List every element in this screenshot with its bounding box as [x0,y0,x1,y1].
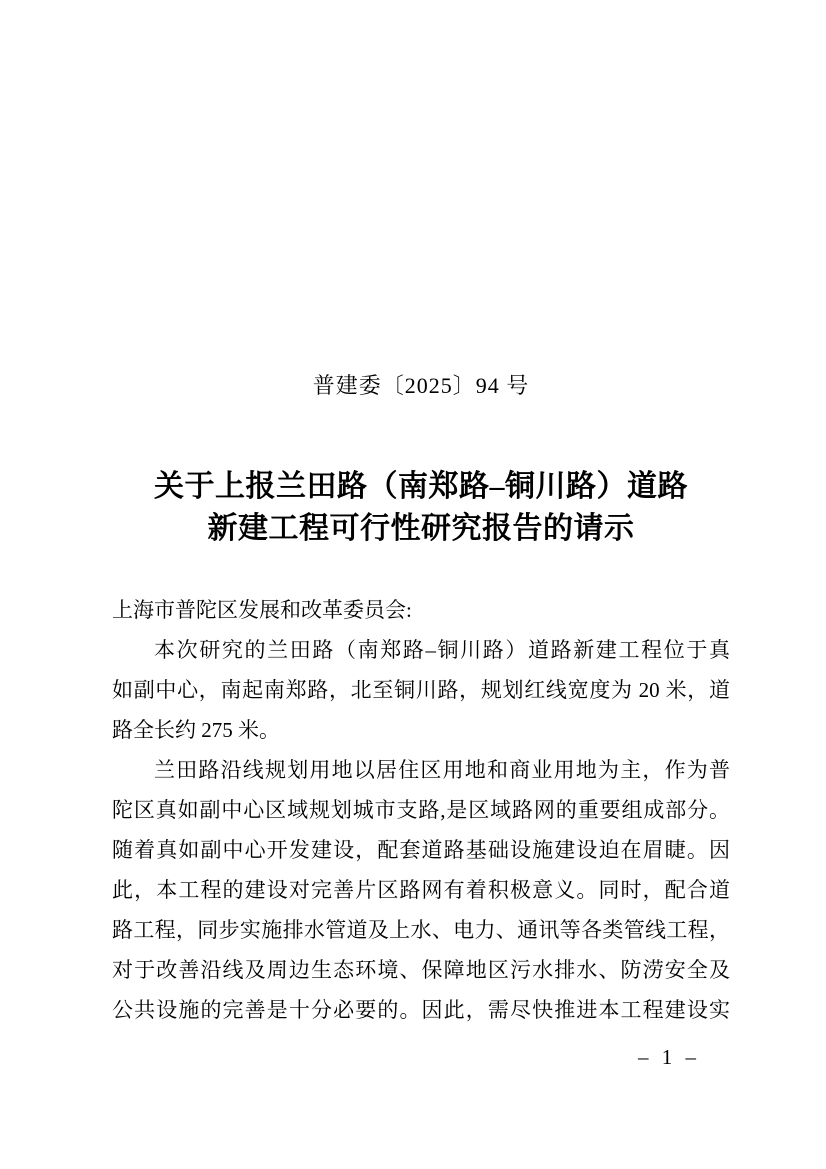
addressee-line: 上海市普陀区发展和改革委员会: [112,590,730,630]
body-line: 本次研究的兰田路（南郑路–铜川路）道路新建工程位于真 [112,630,730,670]
body-line: 公共设施的完善是十分必要的。因此，需尽快推进本工程建设实 [112,990,730,1030]
document-content: 普建委〔2025〕94 号 关于上报兰田路（南郑路–铜川路）道路 新建工程可行性… [112,0,730,1030]
document-number: 普建委〔2025〕94 号 [112,372,730,400]
body-line: 陀区真如副中心区域规划城市支路,是区域路网的重要组成部分。 [112,790,730,830]
body-line: 路工程，同步实施排水管道及上水、电力、通讯等各类管线工程， [112,910,730,950]
body-line: 兰田路沿线规划用地以居住区用地和商业用地为主，作为普 [112,750,730,790]
document-title: 关于上报兰田路（南郑路–铜川路）道路 新建工程可行性研究报告的请示 [112,466,730,550]
document-page: 普建委〔2025〕94 号 关于上报兰田路（南郑路–铜川路）道路 新建工程可行性… [0,0,826,1169]
body-line: 对于改善沿线及周边生态环境、保障地区污水排水、防涝安全及 [112,950,730,990]
body-paragraph-2: 兰田路沿线规划用地以居住区用地和商业用地为主，作为普陀区真如副中心区域规划城市支… [112,750,730,1030]
body-line: 此，本工程的建设对完善片区路网有着积极意义。同时，配合道 [112,870,730,910]
body-paragraph-1: 本次研究的兰田路（南郑路–铜川路）道路新建工程位于真如副中心，南起南郑路，北至铜… [112,630,730,750]
body-line: 路全长约 275 米。 [112,710,730,750]
page-number: – 1 – [638,1043,700,1071]
body-line: 如副中心，南起南郑路，北至铜川路，规划红线宽度为 20 米，道 [112,670,730,710]
document-title-line-2: 新建工程可行性研究报告的请示 [112,508,730,550]
document-title-line-1: 关于上报兰田路（南郑路–铜川路）道路 [112,466,730,508]
body-line: 随着真如副中心开发建设，配套道路基础设施建设迫在眉睫。因 [112,830,730,870]
